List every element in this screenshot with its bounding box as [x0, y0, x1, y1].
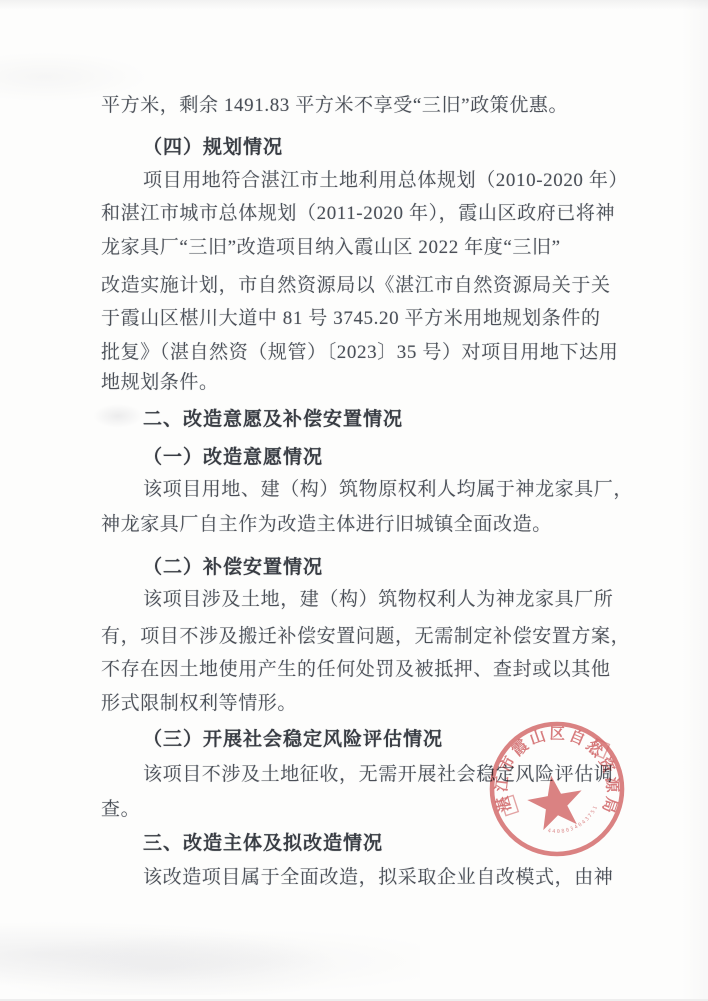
text-line: 龙家具厂“三旧”改造项目纳入霞山区 2022 年度“三旧”: [101, 235, 621, 260]
text-line: 批复》（湛自然资（规管）〔2023〕35 号）对项目用地下达用: [101, 340, 621, 365]
scan-smudge: [682, 0, 708, 999]
text-line: 神龙家具厂自主作为改造主体进行旧城镇全面改造。: [101, 512, 621, 537]
scan-smudge: [0, 920, 420, 995]
text-line: 改造实施计划，市自然资源局以《湛江市自然资源局关于关: [101, 273, 621, 298]
heading-line: 二、改造意愿及补偿安置情况: [143, 407, 663, 432]
text-line: 平方米，剩余 1491.83 平方米不享受“三旧”政策优惠。: [101, 93, 621, 118]
text-line: 项目用地符合湛江市土地利用总体规划（2010-2020 年）: [143, 168, 663, 193]
scan-smudge: [0, 0, 708, 10]
text-line: 不存在因土地使用产生的任何处罚及被抵押、查封或以其他: [101, 657, 621, 682]
text-line: 该改造项目属于全面改造，拟采取企业自改模式，由神: [143, 865, 663, 890]
scanned-document-page: 平方米，剩余 1491.83 平方米不享受“三旧”政策优惠。 （四）规划情况 项…: [0, 0, 708, 1001]
star-icon: [527, 775, 581, 830]
text-line: 有，项目不涉及搬迁补偿安置问题，无需制定补偿安置方案，: [101, 624, 621, 649]
text-line: 和湛江市城市总体规划（2011-2020 年），霞山区政府已将神: [101, 201, 621, 226]
text-line: 地规划条件。: [101, 370, 621, 395]
heading-line: （二）补偿安置情况: [143, 555, 663, 580]
official-seal-stamp: 湛江市霞山区自然资源局 4408034043751: [487, 719, 627, 859]
heading-line: （一）改造意愿情况: [143, 445, 663, 470]
text-line: 该项目用地、建（构）筑物原权利人均属于神龙家具厂，: [143, 477, 663, 502]
scan-smudge: [93, 404, 143, 428]
text-line: 于霞山区椹川大道中 81 号 3745.20 平方米用地规划条件的: [101, 306, 621, 331]
text-line: 形式限制权利等情形。: [101, 691, 621, 716]
heading-line: （四）规划情况: [143, 135, 663, 160]
text-line: 该项目涉及土地，建（构）筑物权利人为神龙家具厂所: [143, 587, 663, 612]
